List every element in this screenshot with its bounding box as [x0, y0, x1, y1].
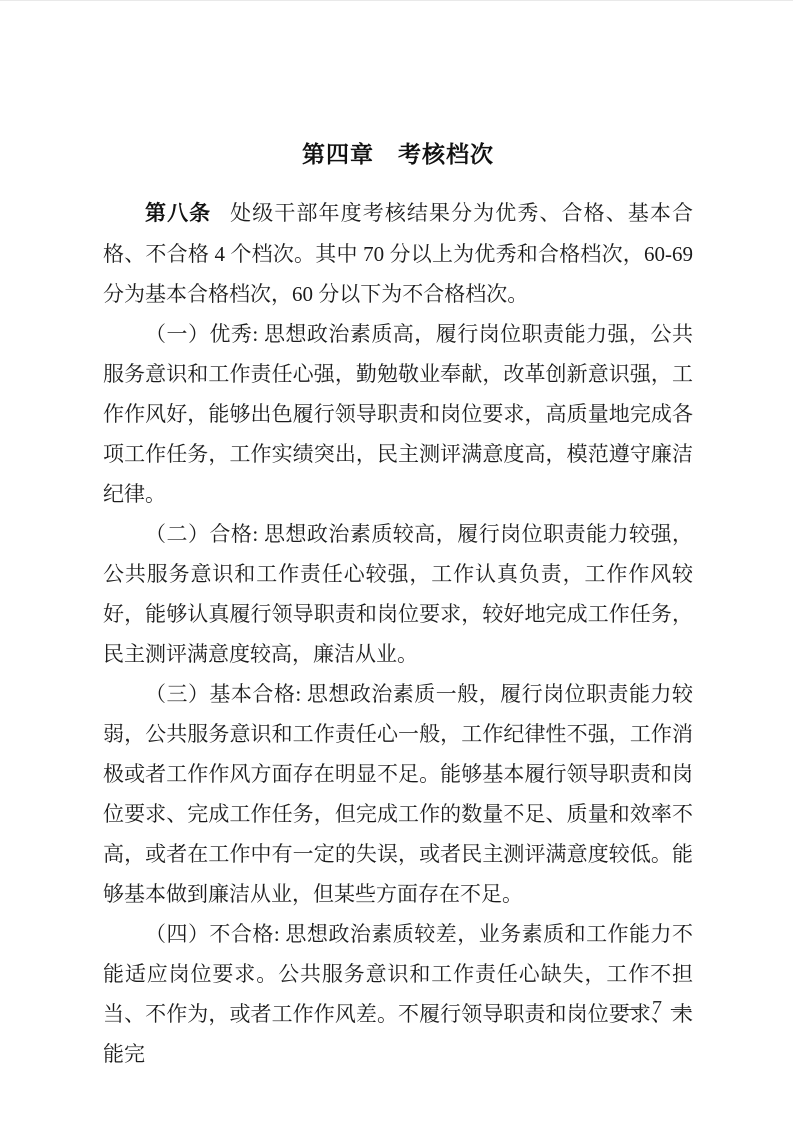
document-page: 第四章 考核档次 第八条处级干部年度考核结果分为优秀、合格、基本合格、不合格 4… — [0, 0, 793, 1122]
document-content: 第四章 考核档次 第八条处级干部年度考核结果分为优秀、合格、基本合格、不合格 4… — [103, 139, 693, 1074]
article-number: 第八条 — [145, 202, 211, 225]
page-number: — 7 — — [623, 997, 693, 1020]
paragraph-grade-unqualified: （四）不合格: 思想政治素质较差，业务素质和工作能力不能适应岗位要求。公共服务意… — [103, 914, 693, 1074]
paragraph-grade-qualified: （二）合格: 思想政治素质较高，履行岗位职责能力较强，公共服务意识和工作责任心较… — [103, 514, 693, 674]
paragraph-grade-basically-qualified: （三）基本合格: 思想政治素质一般，履行岗位职责能力较弱，公共服务意识和工作责任… — [103, 674, 693, 914]
document-body: 第八条处级干部年度考核结果分为优秀、合格、基本合格、不合格 4 个档次。其中 7… — [103, 193, 693, 1074]
paragraph-article-8: 第八条处级干部年度考核结果分为优秀、合格、基本合格、不合格 4 个档次。其中 7… — [103, 193, 693, 314]
paragraph-grade-excellent: （一）优秀: 思想政治素质高，履行岗位职责能力强，公共服务意识和工作责任心强，勤… — [103, 314, 693, 514]
chapter-heading: 第四章 考核档次 — [103, 139, 693, 169]
